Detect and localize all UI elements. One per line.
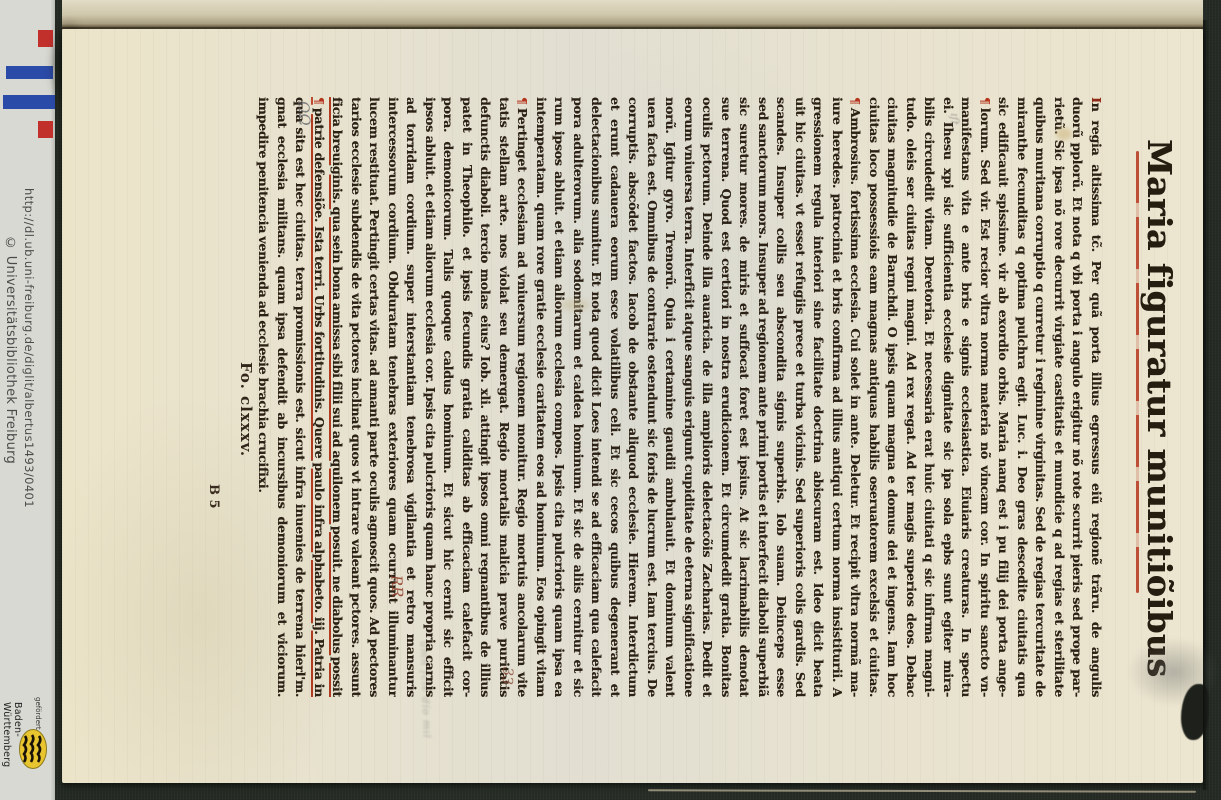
- registration-blue-bar-1: [6, 66, 53, 79]
- text-line: et erunt cadauera eorum esce volatilibus…: [606, 97, 625, 697]
- text-line: corruptis. abscõdet factos. Iacob de obs…: [624, 97, 643, 697]
- text-line: ciuitas magnitudie de Barnchdi. O ipsis …: [883, 97, 902, 697]
- paper-stain: [1056, 128, 1072, 140]
- text-line: sed sanctorum mors. Insuper ad regionem …: [754, 97, 773, 697]
- registration-red-bar-bottom: [38, 121, 53, 138]
- text-line: gressionem regula interiori sine facilit…: [809, 97, 828, 697]
- text-line: ¶Pertinget ecclesiam ad vniuersum region…: [513, 97, 532, 697]
- text-line: ipsos abluit. et etiam aliorum ecclesia …: [421, 97, 440, 697]
- text-line: ciuitas loco possessiois eam magnas anti…: [865, 97, 884, 697]
- marginal-flourish: ℘: [809, 622, 828, 634]
- paper-stain: [560, 300, 590, 310]
- text-line: bilis circudedit vitam. Deretoria. Et ne…: [920, 97, 939, 697]
- text-line: iure heredes. patrocinia et bris confirm…: [828, 97, 847, 697]
- scan-metadata-strip: http://dl.ub.uni-freiburg.de/diglit/albe…: [0, 0, 55, 800]
- text-line: eorum vniuersa terra. Interficit atque s…: [680, 97, 699, 697]
- text-line: manifestans vita e ante bris e signis ec…: [957, 97, 976, 697]
- text-line: uera facta est. Omnibus de contrarie ost…: [643, 97, 662, 697]
- text-line: patet in Theophilo. et ipsis fecundis gr…: [458, 97, 477, 697]
- text-line: tudo. oleis ser ciuitas regni magni. Ad …: [902, 97, 921, 697]
- text-line: scandes. Insuper collis seu abscondita s…: [772, 97, 791, 697]
- text-line: sic edificauit spissime. vir ab exordio …: [994, 97, 1013, 697]
- facing-page-edge: [62, 0, 1203, 27]
- folio-number: Fo. clxxxv.: [237, 362, 255, 457]
- marginal-note: 33: [499, 667, 516, 685]
- text-line: ad torridam cordium. super interstantiam…: [402, 97, 421, 697]
- text-line: In regia altissima tc̃. Per quã porta il…: [1087, 97, 1106, 697]
- marginal-note: RR: [387, 575, 406, 599]
- text-line: duorũ pplorũ. Et nota q vbi porta i angu…: [1068, 97, 1087, 697]
- text-line: ¶Ambrosius. fortissima ecclesia. Cui sol…: [846, 97, 865, 697]
- text-line: impedire penitencia venienda ad ecclesie…: [254, 97, 273, 697]
- text-line: ei. Ihesu xpi sic sufficientia ecclesie …: [939, 97, 958, 697]
- text-line: defunctis diaboli. tercio molas eius? Io…: [476, 97, 495, 697]
- text-line: ¶patrie defensiõe. Ista terri. Urbs fort…: [310, 97, 329, 697]
- text-line: intemperatam. quam rore gratie ecclesie …: [532, 97, 551, 697]
- text-line: sue terrena. Quod est certiori in nostra…: [717, 97, 736, 697]
- chapter-heading: Maria figuratur munitiõibus: [1140, 139, 1179, 619]
- text-line: rum ipsos abluit. et etiam aliorum eccle…: [550, 97, 569, 697]
- text-line: ficia breuiginis. qua sein bona amissa s…: [328, 97, 347, 697]
- text-line: pora adulterorum. alia sodomitarum et ca…: [569, 97, 588, 697]
- text-line: pora. demonicorum. Talis quoque caldus h…: [439, 97, 458, 697]
- text-line: ¶lorum. Sed vir. Est recior vltra norma …: [976, 97, 995, 697]
- text-line: sic suretur mores. de miris et suffocat …: [735, 97, 754, 697]
- book-page: Maria figuratur munitiõibus In regia alt…: [62, 29, 1203, 783]
- text-line: oculis pctorum. Deinde illa auaricia. de…: [698, 97, 717, 697]
- text-line: rietũ. Sic ipsa nõ rore decurrit virgiat…: [1050, 97, 1069, 697]
- marginal-note: ΩΩ: [294, 100, 314, 126]
- text-line: tarios ecclesie subdendis de vita pctore…: [347, 97, 366, 697]
- quire-signature: B 5: [206, 484, 221, 509]
- page-edge-shadow: [1203, 20, 1209, 790]
- copyright-text: © Universitätsbibliothek Freiburg: [3, 236, 18, 464]
- text-line: lucem restituat. Pertingit certas vitas.…: [365, 97, 384, 697]
- source-url-text: http://dl.ub.uni-freiburg.de/diglit/albe…: [22, 188, 36, 508]
- text-line: gnat ecclesia militans. quam ipsa defend…: [273, 97, 292, 697]
- text-line: tatis stellam arte. nos violat seu demer…: [495, 97, 514, 697]
- text-line: miranthe fecunditas q optima pulchra egi…: [1013, 97, 1032, 697]
- page-content-rotated: Maria figuratur munitiõibus In regia alt…: [62, 29, 1203, 783]
- text-line: qua sita est hec ciuitas. terra promissi…: [291, 97, 310, 697]
- text-line: norũ. Igitur gyro. Trenorũ. Quia i certa…: [661, 97, 680, 697]
- marginal-note: ıſt: [948, 113, 961, 125]
- text-line: uit hic ciuitas. vt esset refugiis prece…: [791, 97, 810, 697]
- text-block: In regia altissima tc̃. Per quã porta il…: [253, 97, 1105, 697]
- text-line: delectacionibus sumitur. Et nota quod di…: [587, 97, 606, 697]
- text-line: quibus muritana corruptio q curretur i r…: [1031, 97, 1050, 697]
- text-line: intercessorum cordium. Obduratam tenebra…: [384, 97, 403, 697]
- baden-wuerttemberg-coat-of-arms-icon: [18, 728, 48, 774]
